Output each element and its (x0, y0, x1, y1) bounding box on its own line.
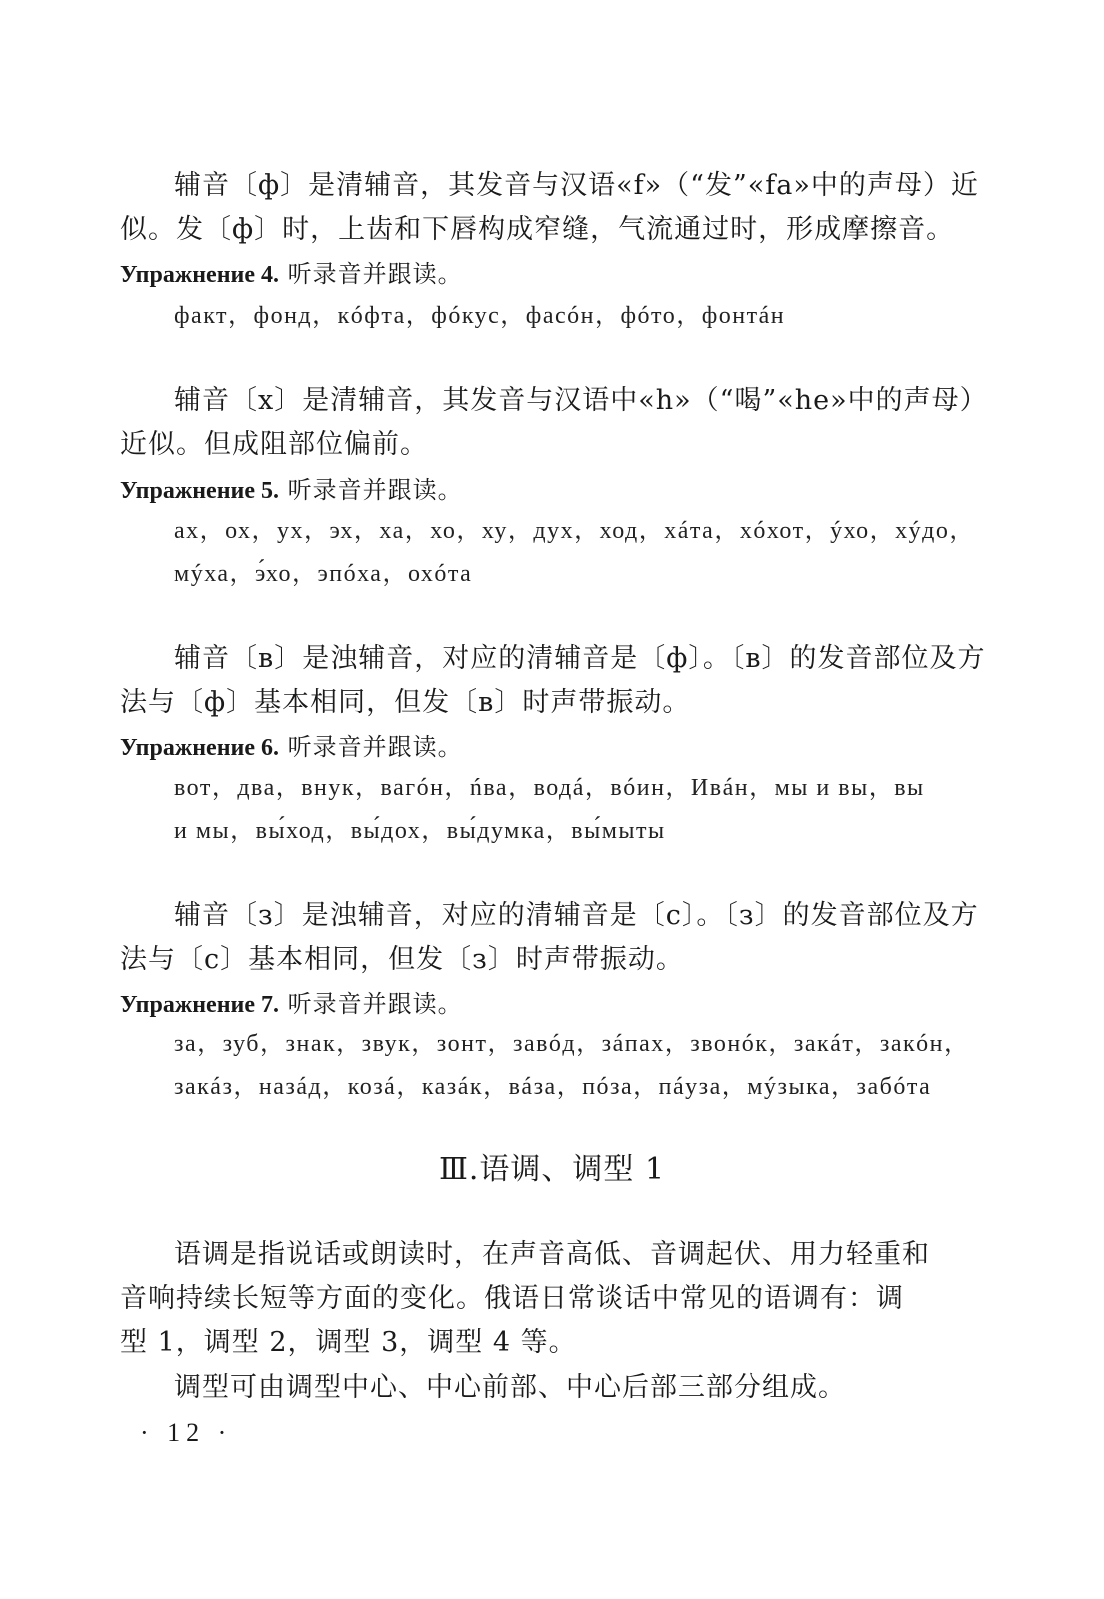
word-list: закáз，назáд，козá，казáк，вáза，пóза，пáуза，м… (174, 1071, 931, 1103)
word-list: мýха，э́хо，эпóха，охóта (174, 558, 472, 590)
section-heading: Ⅲ.语调、调型 1 (0, 1150, 1104, 1190)
exercise-label: Упражнение 7. (120, 992, 279, 1018)
exercise-instruction: 听录音并跟读。 (288, 990, 463, 1018)
exercise-label: Упражнение 4. (120, 262, 279, 288)
paragraph-line: 近似。但成阻部位偏前。 (120, 427, 932, 463)
word-list: вот，два，внук，вагóн，ńва，водá，вóин，Ивáн，мы… (174, 772, 925, 804)
paragraph-line: 辅音〔в〕是浊辅音，对应的清辅音是〔ф〕。〔в〕的发音部位及方 (174, 641, 986, 677)
word-list: факт，фонд，кóфта，фóкус，фасóн，фóто，фонтáн (174, 300, 785, 332)
exercise-label: Упражнение 6. (120, 735, 279, 761)
paragraph-line: 法与〔ф〕基本相同，但发〔в〕时声带振动。 (120, 685, 932, 721)
paragraph-line: 辅音〔з〕是浊辅音，对应的清辅音是〔с〕。〔з〕的发音部位及方 (174, 898, 986, 934)
paragraph-line: 辅音〔х〕是清辅音，其发音与汉语中«h»（“喝”«he»中的声母） (174, 383, 986, 419)
exercise-instruction: 听录音并跟读。 (288, 733, 463, 761)
word-list: и мы，вы́ход，вы́дох，вы́думка，вы́мыты (174, 815, 666, 847)
word-list: ах，ох，ух，эх，ха，хо，ху，дух，ход，хáта，хóхот，… (174, 515, 975, 547)
exercise-title: Упражнение 6. 听录音并跟读。 (120, 729, 932, 766)
exercise-title: Упражнение 4. 听录音并跟读。 (120, 256, 932, 293)
exercise-title: Упражнение 5. 听录音并跟读。 (120, 472, 932, 509)
page-number: · 12 · (140, 1418, 232, 1448)
exercise-instruction: 听录音并跟读。 (288, 476, 463, 504)
paragraph-line: 辅音〔ф〕是清辅音，其发音与汉语«f»（“发”«fa»中的声母）近 (174, 168, 986, 204)
word-list: за，зуб，знак，звук，зонт，завóд，зáпах，звонóк… (174, 1028, 970, 1060)
exercise-label: Упражнение 5. (120, 478, 279, 504)
exercise-title: Упражнение 7. 听录音并跟读。 (120, 986, 932, 1023)
paragraph-line: 似。发〔ф〕时，上齿和下唇构成窄缝，气流通过时，形成摩擦音。 (120, 212, 932, 248)
paragraph-line: 法与〔с〕基本相同，但发〔з〕时声带振动。 (120, 942, 932, 978)
paragraph-line: 型 1，调型 2，调型 3，调型 4 等。 (120, 1325, 932, 1361)
exercise-instruction: 听录音并跟读。 (288, 260, 463, 288)
paragraph-line: 调型可由调型中心、中心前部、中心后部三部分组成。 (174, 1370, 986, 1406)
paragraph-line: 音响持续长短等方面的变化。俄语日常谈话中常见的语调有：调 (120, 1281, 932, 1317)
paragraph-line: 语调是指说话或朗读时，在声音高低、音调起伏、用力轻重和 (174, 1237, 986, 1273)
